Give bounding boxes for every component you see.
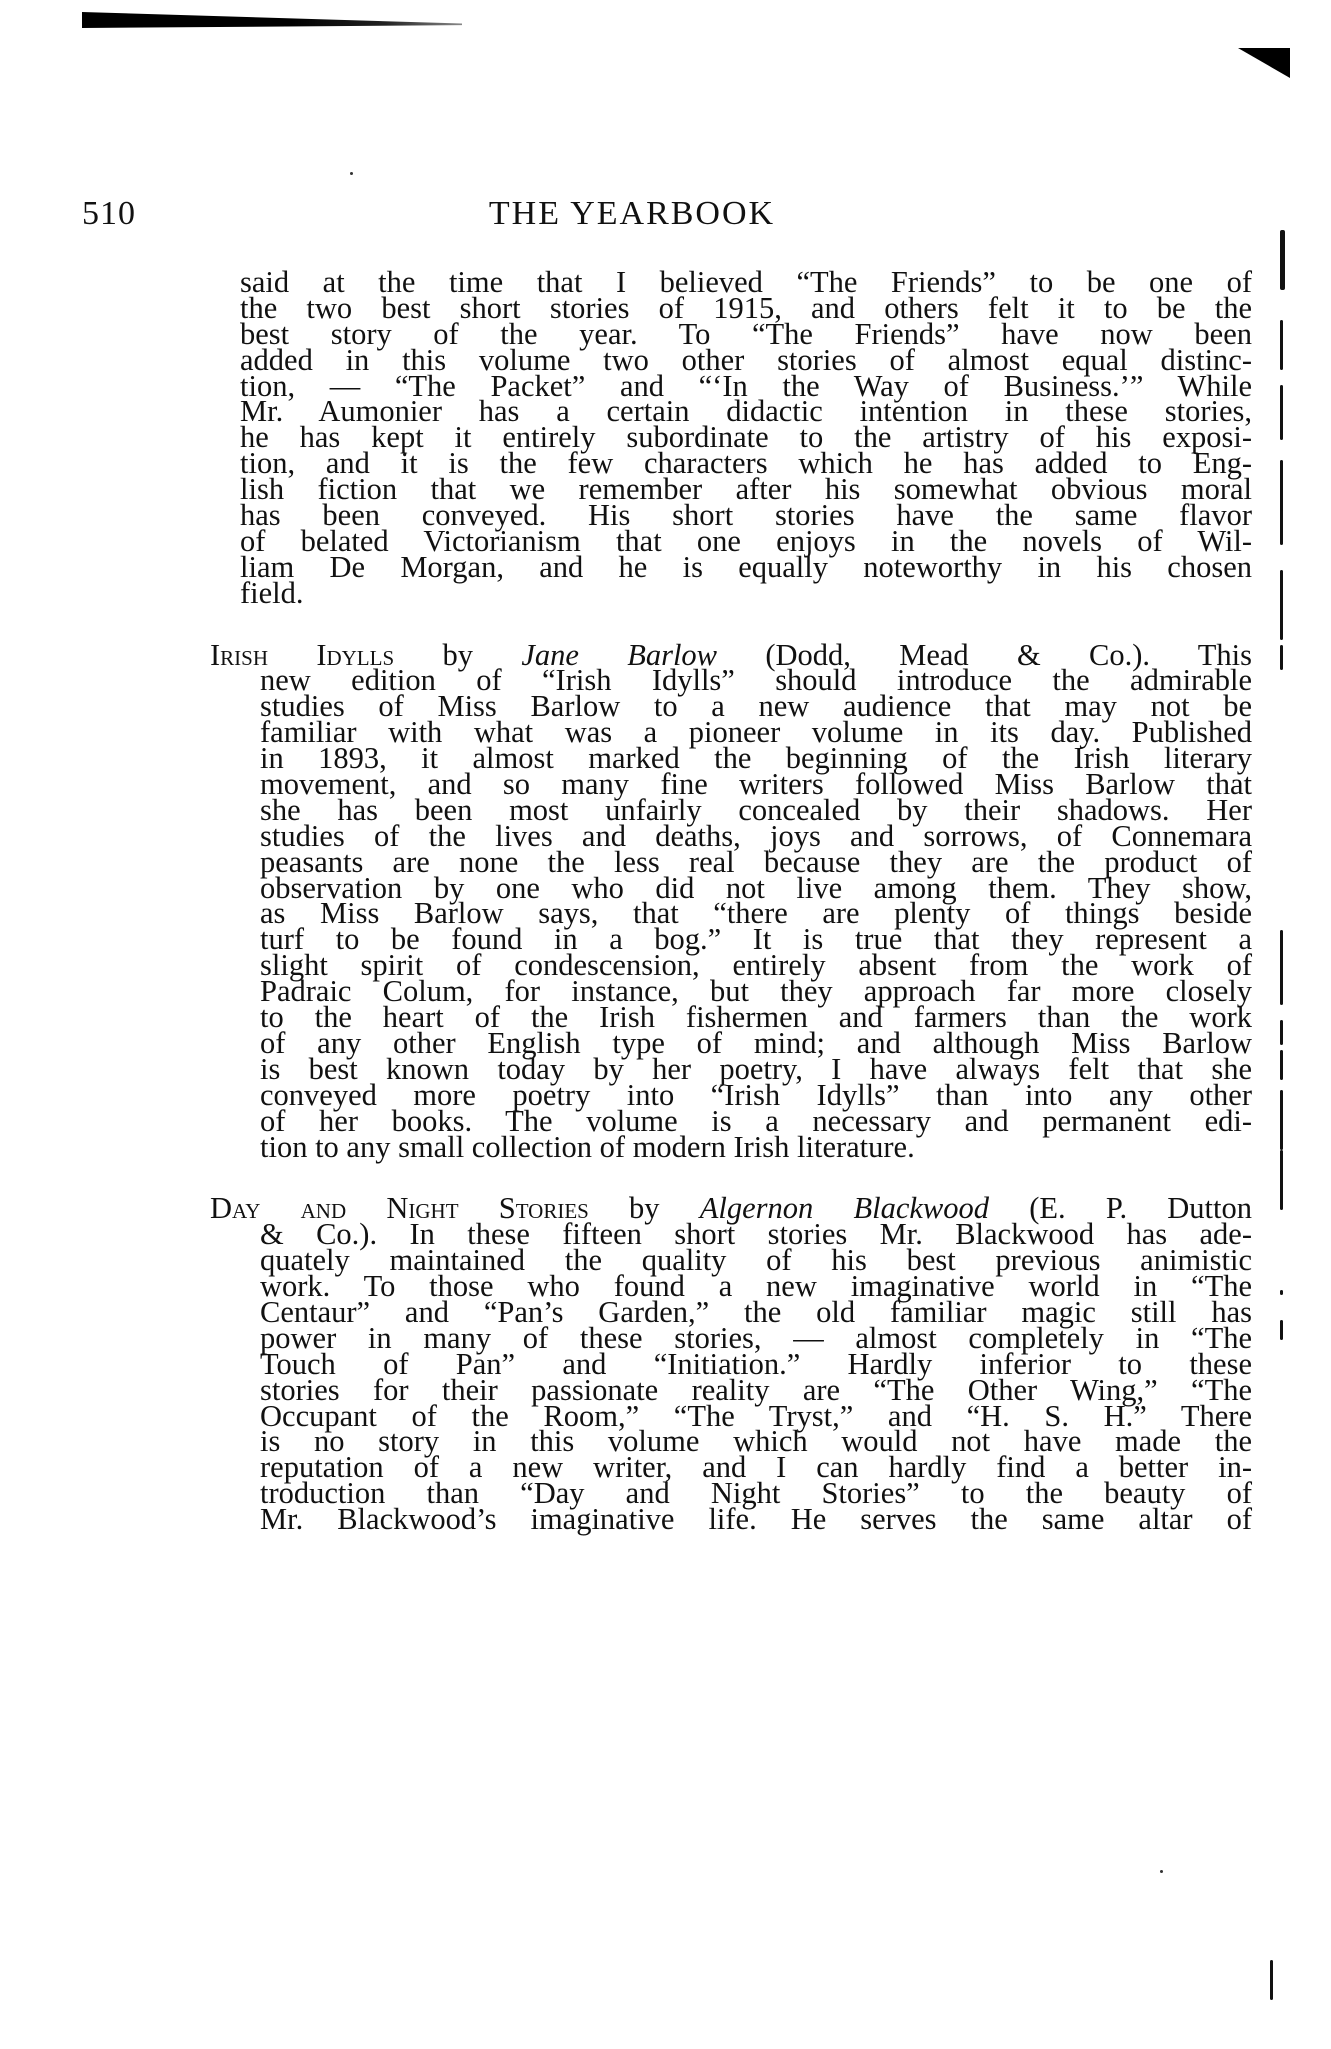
scan-artifact-bar bbox=[82, 12, 462, 28]
scan-corner-mark bbox=[1238, 48, 1290, 78]
review-entry-irish-idylls: Irish Idylls by Jane Barlow (Dodd, Mead … bbox=[240, 643, 1252, 1161]
review-entry-day-and-night-stories: Day and Night Stories by Algernon Blackw… bbox=[240, 1196, 1252, 1533]
page-body: said at the time that I believed “The Fr… bbox=[240, 270, 1252, 1533]
continuation-paragraph: said at the time that I believed “The Fr… bbox=[240, 270, 1252, 607]
scan-speck bbox=[350, 172, 353, 175]
text-line: Mr. Blackwood’s imaginative life. He ser… bbox=[240, 1507, 1252, 1533]
text-line: liam De Morgan, and he is equally notewo… bbox=[240, 555, 1252, 581]
page-header: 510 THE YEARBOOK bbox=[82, 195, 1232, 235]
text-line: field. bbox=[240, 581, 1252, 607]
text-line: tion to any small collection of modern I… bbox=[240, 1135, 1252, 1161]
page-edge-artifacts bbox=[1280, 210, 1300, 2010]
scan-speck bbox=[1160, 1870, 1163, 1873]
running-head: THE YEARBOOK bbox=[82, 195, 1182, 233]
